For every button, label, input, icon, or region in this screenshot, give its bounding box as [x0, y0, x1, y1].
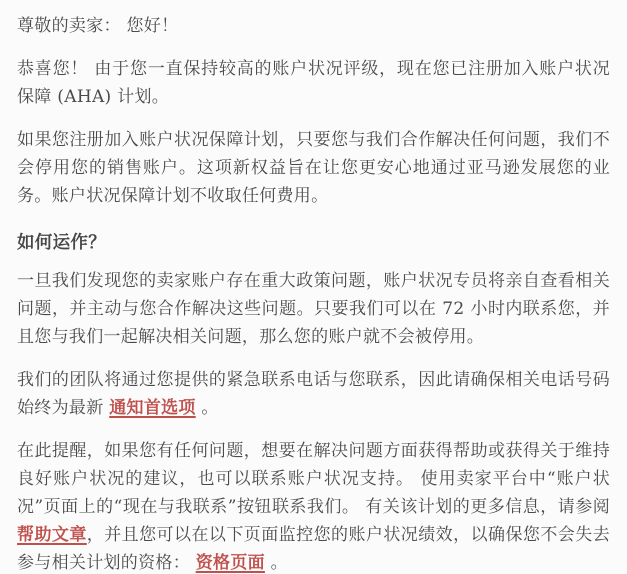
notification-preferences-link[interactable]: 通知首选项: [109, 398, 196, 418]
help-article-link[interactable]: 帮助文章: [17, 525, 87, 545]
salutation: 尊敬的卖家： 您好！: [17, 12, 610, 40]
benefit-paragraph: 如果您注册加入账户状况保障计划，只要您与我们合作解决任何问题，我们不会停用您的销…: [17, 126, 610, 210]
contact-text-after: 。: [196, 398, 219, 418]
reminder-paragraph: 在此提醒，如果您有任何问题，想要在解决问题方面获得帮助或获得关于维持良好账户状况…: [17, 437, 610, 574]
email-body: 尊敬的卖家： 您好！ 恭喜您！ 由于您一直保持较高的账户状况评级，现在您已注册加…: [0, 0, 627, 574]
contact-paragraph: 我们的团队将通过您提供的紧急联系电话与您联系，因此请确保相关电话号码始终为最新 …: [17, 366, 610, 422]
reminder-text-3: 。: [265, 553, 288, 573]
contact-text-before: 我们的团队将通过您提供的紧急联系电话与您联系，因此请确保相关电话号码始终为最新: [17, 370, 610, 418]
eligibility-page-link[interactable]: 资格页面: [196, 553, 265, 573]
reminder-text-1: 在此提醒，如果您有任何问题，想要在解决问题方面获得帮助或获得关于维持良好账户状况…: [17, 441, 610, 517]
how-it-works-heading: 如何运作？: [17, 229, 610, 257]
congrats-paragraph: 恭喜您！ 由于您一直保持较高的账户状况评级，现在您已注册加入账户状况保障 (AH…: [17, 55, 610, 111]
how-it-works-paragraph: 一旦我们发现您的卖家账户存在重大政策问题，账户状况专员将亲自查看相关问题，并主动…: [17, 267, 610, 351]
reminder-text-2: ，并且您可以在以下页面监控您的账户状况绩效，以确保您不会失去参与相关计划的资格：: [17, 525, 610, 573]
